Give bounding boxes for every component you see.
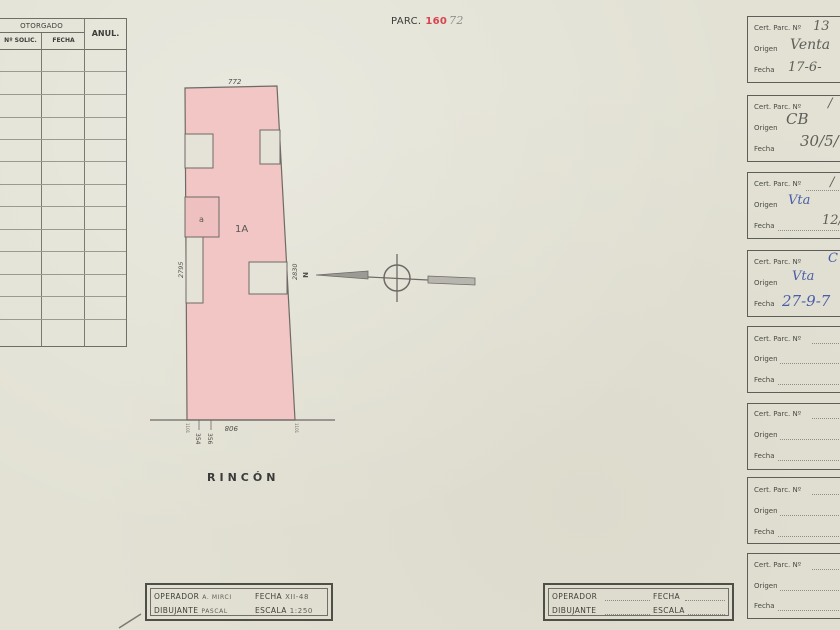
- origen-label: Origen: [754, 355, 778, 363]
- fecha-value: 12/: [822, 213, 840, 228]
- origen-label: Origen: [754, 124, 778, 132]
- north-arrow-head: [316, 271, 368, 279]
- cert-label: Cert. Parc. Nº: [754, 561, 801, 569]
- dim-bottom: 908: [224, 424, 238, 432]
- fecha-label: Fecha: [754, 376, 775, 384]
- fecha-label: FECHA: [653, 592, 680, 601]
- cert-value: /: [828, 96, 832, 111]
- origen-label: Origen: [754, 431, 778, 439]
- escala-label: ESCALA: [255, 606, 287, 615]
- cert-card: Cert. Parc. Nº Origen Fecha: [747, 403, 840, 470]
- cert-value: 13: [813, 19, 830, 34]
- fecha-value: 17-6-: [788, 60, 822, 75]
- street-name: RINCÓN: [207, 471, 279, 484]
- building-block: [186, 237, 203, 303]
- cert-card: Cert. Parc. Nº / Origen CB Fecha 30/5/: [747, 95, 840, 162]
- cert-card: Cert. Parc. Nº / Origen Vta Fecha 12/: [747, 172, 840, 239]
- cert-label: Cert. Parc. Nº: [754, 410, 801, 418]
- origen-value: CB: [786, 110, 809, 128]
- origen-label: Origen: [754, 279, 778, 287]
- cert-value: /: [830, 175, 834, 190]
- cert-card: Cert. Parc. Nº Origen Fecha: [747, 477, 840, 544]
- cert-label: Cert. Parc. Nº: [754, 180, 801, 188]
- cert-label: Cert. Parc. Nº: [754, 335, 801, 343]
- cert-card: Cert. Parc. Nº C Origen Vta Fecha 27-9-7: [747, 250, 840, 317]
- cert-card: Cert. Parc. Nº 13 Origen Venta Fecha 17-…: [747, 16, 840, 83]
- dim-offset-2: 356: [206, 433, 213, 445]
- cert-card: Cert. Parc. Nº Origen Fecha: [747, 553, 840, 619]
- operador-label: OPERADOR: [552, 592, 597, 601]
- dim-right: 2830: [291, 263, 299, 280]
- lot-label: 1A: [235, 224, 248, 235]
- building-block: [249, 262, 287, 294]
- dibujante-value: PASCAL: [201, 608, 227, 615]
- fecha-label: Fecha: [754, 222, 775, 230]
- fecha-value: XII-48: [285, 593, 309, 601]
- dibujante-label: DIBUJANTE: [552, 606, 596, 615]
- origen-label: Origen: [754, 45, 778, 53]
- north-arrow-tail: [428, 276, 475, 285]
- origen-value: Vta: [788, 193, 810, 208]
- fecha-value: 30/5/: [800, 132, 839, 150]
- origen-value: Venta: [790, 37, 830, 53]
- operador-label: OPERADOR: [154, 592, 199, 601]
- cert-label: Cert. Parc. Nº: [754, 258, 801, 266]
- building-block: [260, 130, 280, 164]
- fecha-label: FECHA: [255, 592, 282, 601]
- lot-plan-drawing: 772 2795 2830 908 354 356 1101 1101 N a …: [0, 0, 840, 630]
- origen-label: Origen: [754, 582, 778, 590]
- fecha-label: Fecha: [754, 528, 775, 536]
- escala-value: 1:250: [290, 607, 313, 615]
- dim-tick-right: 1101: [294, 423, 299, 434]
- escala-label: ESCALA: [653, 606, 685, 615]
- building-block: [185, 134, 213, 168]
- cert-label: Cert. Parc. Nº: [754, 486, 801, 494]
- dim-tick-left: 1101: [185, 423, 190, 434]
- operador-value: A. MIRCI: [202, 594, 231, 601]
- fecha-value: 27-9-7: [782, 292, 830, 310]
- dibujante-label: DIBUJANTE: [154, 606, 198, 615]
- origen-label: Origen: [754, 507, 778, 515]
- cert-label: Cert. Parc. Nº: [754, 24, 801, 32]
- origen-value: Vta: [792, 269, 814, 284]
- fecha-label: Fecha: [754, 66, 775, 74]
- cadastral-sheet: OTORGADO ANUL. Nº SOLIC. FECHA PARC.1607…: [0, 0, 840, 630]
- fecha-label: Fecha: [754, 300, 775, 308]
- origen-label: Origen: [754, 201, 778, 209]
- dim-offset-1: 354: [194, 433, 201, 445]
- dim-top: 772: [228, 78, 242, 86]
- fecha-label: Fecha: [754, 145, 775, 153]
- signature-box: OPERADOR FECHA DIBUJANTE ESCALA: [543, 583, 734, 621]
- cert-value: C: [828, 251, 838, 266]
- cert-card: Cert. Parc. Nº Origen Fecha: [747, 326, 840, 393]
- fecha-label: Fecha: [754, 602, 775, 610]
- dim-left: 2795: [177, 261, 185, 278]
- fecha-label: Fecha: [754, 452, 775, 460]
- signature-box: OPERADORA. MIRCI FECHAXII-48 DIBUJANTEPA…: [145, 583, 333, 621]
- pencil-mark: [115, 608, 145, 630]
- north-label: N: [301, 272, 309, 278]
- sub-lot-label: a: [199, 215, 204, 224]
